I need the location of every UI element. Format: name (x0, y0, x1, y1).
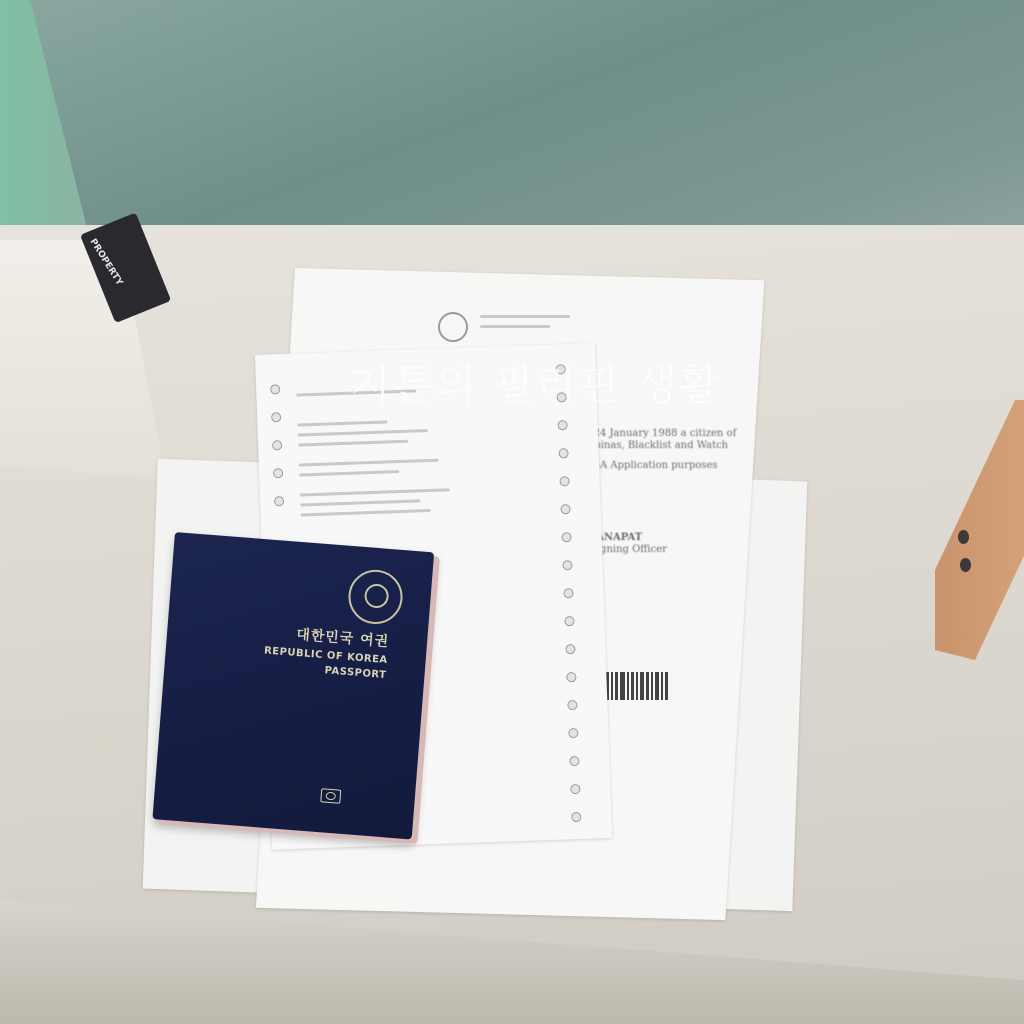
doc-text: VISA Application purposes (582, 460, 718, 471)
seal-icon (438, 312, 468, 342)
photo-scene: PROPERTY on 24 January 1988 a citizen of… (0, 0, 1024, 1024)
tractor-holes-right (555, 344, 584, 839)
doc-text: Pilipinas, Blacklist and Watch (578, 440, 728, 451)
screw-icon (960, 558, 971, 572)
passport-title-korean: 대한민국 여권 (296, 624, 390, 651)
doc-line (480, 325, 550, 328)
screw-icon (958, 530, 969, 544)
biometric-chip-icon (320, 788, 341, 804)
passport-label: PASSPORT (324, 665, 387, 681)
passport: 대한민국 여권 REPUBLIC OF KOREA PASSPORT (152, 532, 434, 840)
national-emblem-icon (346, 568, 404, 626)
watermark-text: 지튼의 필리핀 생활 (350, 352, 721, 412)
doc-line (480, 315, 570, 318)
doc-text: on 24 January 1988 a citizen of (578, 428, 736, 439)
